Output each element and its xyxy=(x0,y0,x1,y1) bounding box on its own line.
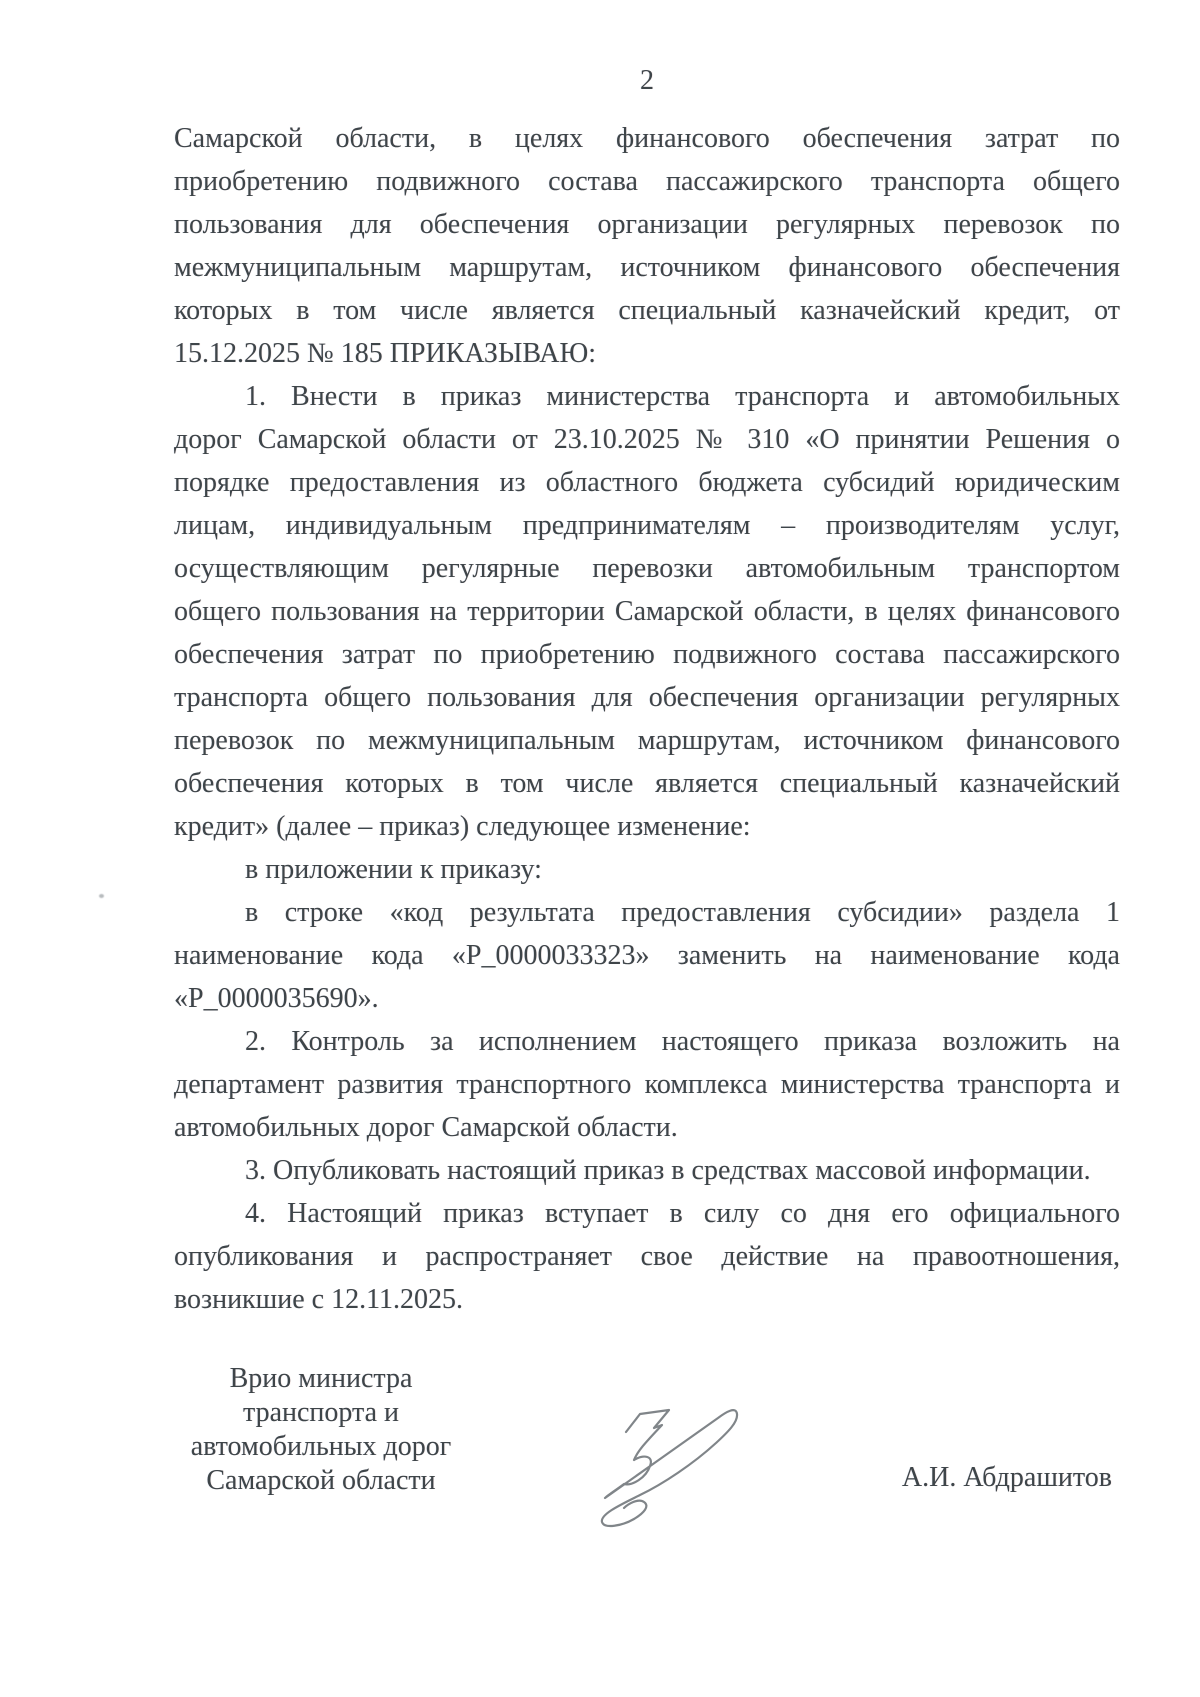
text-line: в строке «код результата предоставления … xyxy=(174,891,1120,934)
signee-name: А.И. Абдрашитов xyxy=(902,1461,1112,1495)
text-line: межмуниципальным маршрутам, источником ф… xyxy=(174,246,1120,289)
text-line: пользования для обеспечения организации … xyxy=(174,203,1120,246)
signatory-title: Врио министратранспорта иавтомобильных д… xyxy=(176,1362,466,1498)
text-line: Самарской области, в целях финансового о… xyxy=(174,117,1120,160)
scanned-document-page: 2 Самарской области, в целях финансового… xyxy=(0,0,1200,1697)
signatory-title-line: Врио министра xyxy=(176,1362,466,1396)
text-line: опубликования и распространяет свое дейс… xyxy=(174,1235,1120,1278)
text-line: 4. Настоящий приказ вступает в силу со д… xyxy=(174,1192,1120,1235)
text-line: «Р_0000035690». xyxy=(174,977,1120,1020)
document-body: Самарской области, в целях финансового о… xyxy=(174,117,1120,1321)
text-line: дорог Самарской области от 23.10.2025 № … xyxy=(174,418,1120,461)
signatory-title-line: Самарской области xyxy=(176,1464,466,1498)
text-line: лицам, индивидуальным предпринимателям –… xyxy=(174,504,1120,547)
text-line: автомобильных дорог Самарской области. xyxy=(174,1106,1120,1149)
text-line: 1. Внести в приказ министерства транспор… xyxy=(174,375,1120,418)
handwritten-signature-icon xyxy=(578,1398,748,1533)
text-line: 3. Опубликовать настоящий приказ в средс… xyxy=(174,1149,1120,1192)
text-line: осуществляющим регулярные перевозки авто… xyxy=(174,547,1120,590)
text-line: кредит» (далее – приказ) следующее измен… xyxy=(174,805,1120,848)
text-line: департамент развития транспортного компл… xyxy=(174,1063,1120,1106)
text-line: общего пользования на территории Самарск… xyxy=(174,590,1120,633)
text-line: перевозок по межмуниципальным маршрутам,… xyxy=(174,719,1120,762)
text-line: в приложении к приказу: xyxy=(174,848,1120,891)
signatory-title-line: автомобильных дорог xyxy=(176,1430,466,1464)
text-line: обеспечения затрат по приобретению подви… xyxy=(174,633,1120,676)
text-line: которых в том числе является специальный… xyxy=(174,289,1120,332)
text-line: обеспечения которых в том числе является… xyxy=(174,762,1120,805)
text-line: 2. Контроль за исполнением настоящего пр… xyxy=(174,1020,1120,1063)
text-line: 15.12.2025 № 185 ПРИКАЗЫВАЮ: xyxy=(174,332,1120,375)
scan-artifact-dot xyxy=(99,894,104,898)
text-line: наименование кода «Р_0000033323» заменит… xyxy=(174,934,1120,977)
text-line: порядке предоставления из областного бюд… xyxy=(174,461,1120,504)
text-line: транспорта общего пользования для обеспе… xyxy=(174,676,1120,719)
text-line: возникшие с 12.11.2025. xyxy=(174,1278,1120,1321)
signatory-title-line: транспорта и xyxy=(176,1396,466,1430)
text-line: приобретению подвижного состава пассажир… xyxy=(174,160,1120,203)
page-number: 2 xyxy=(174,64,1120,98)
